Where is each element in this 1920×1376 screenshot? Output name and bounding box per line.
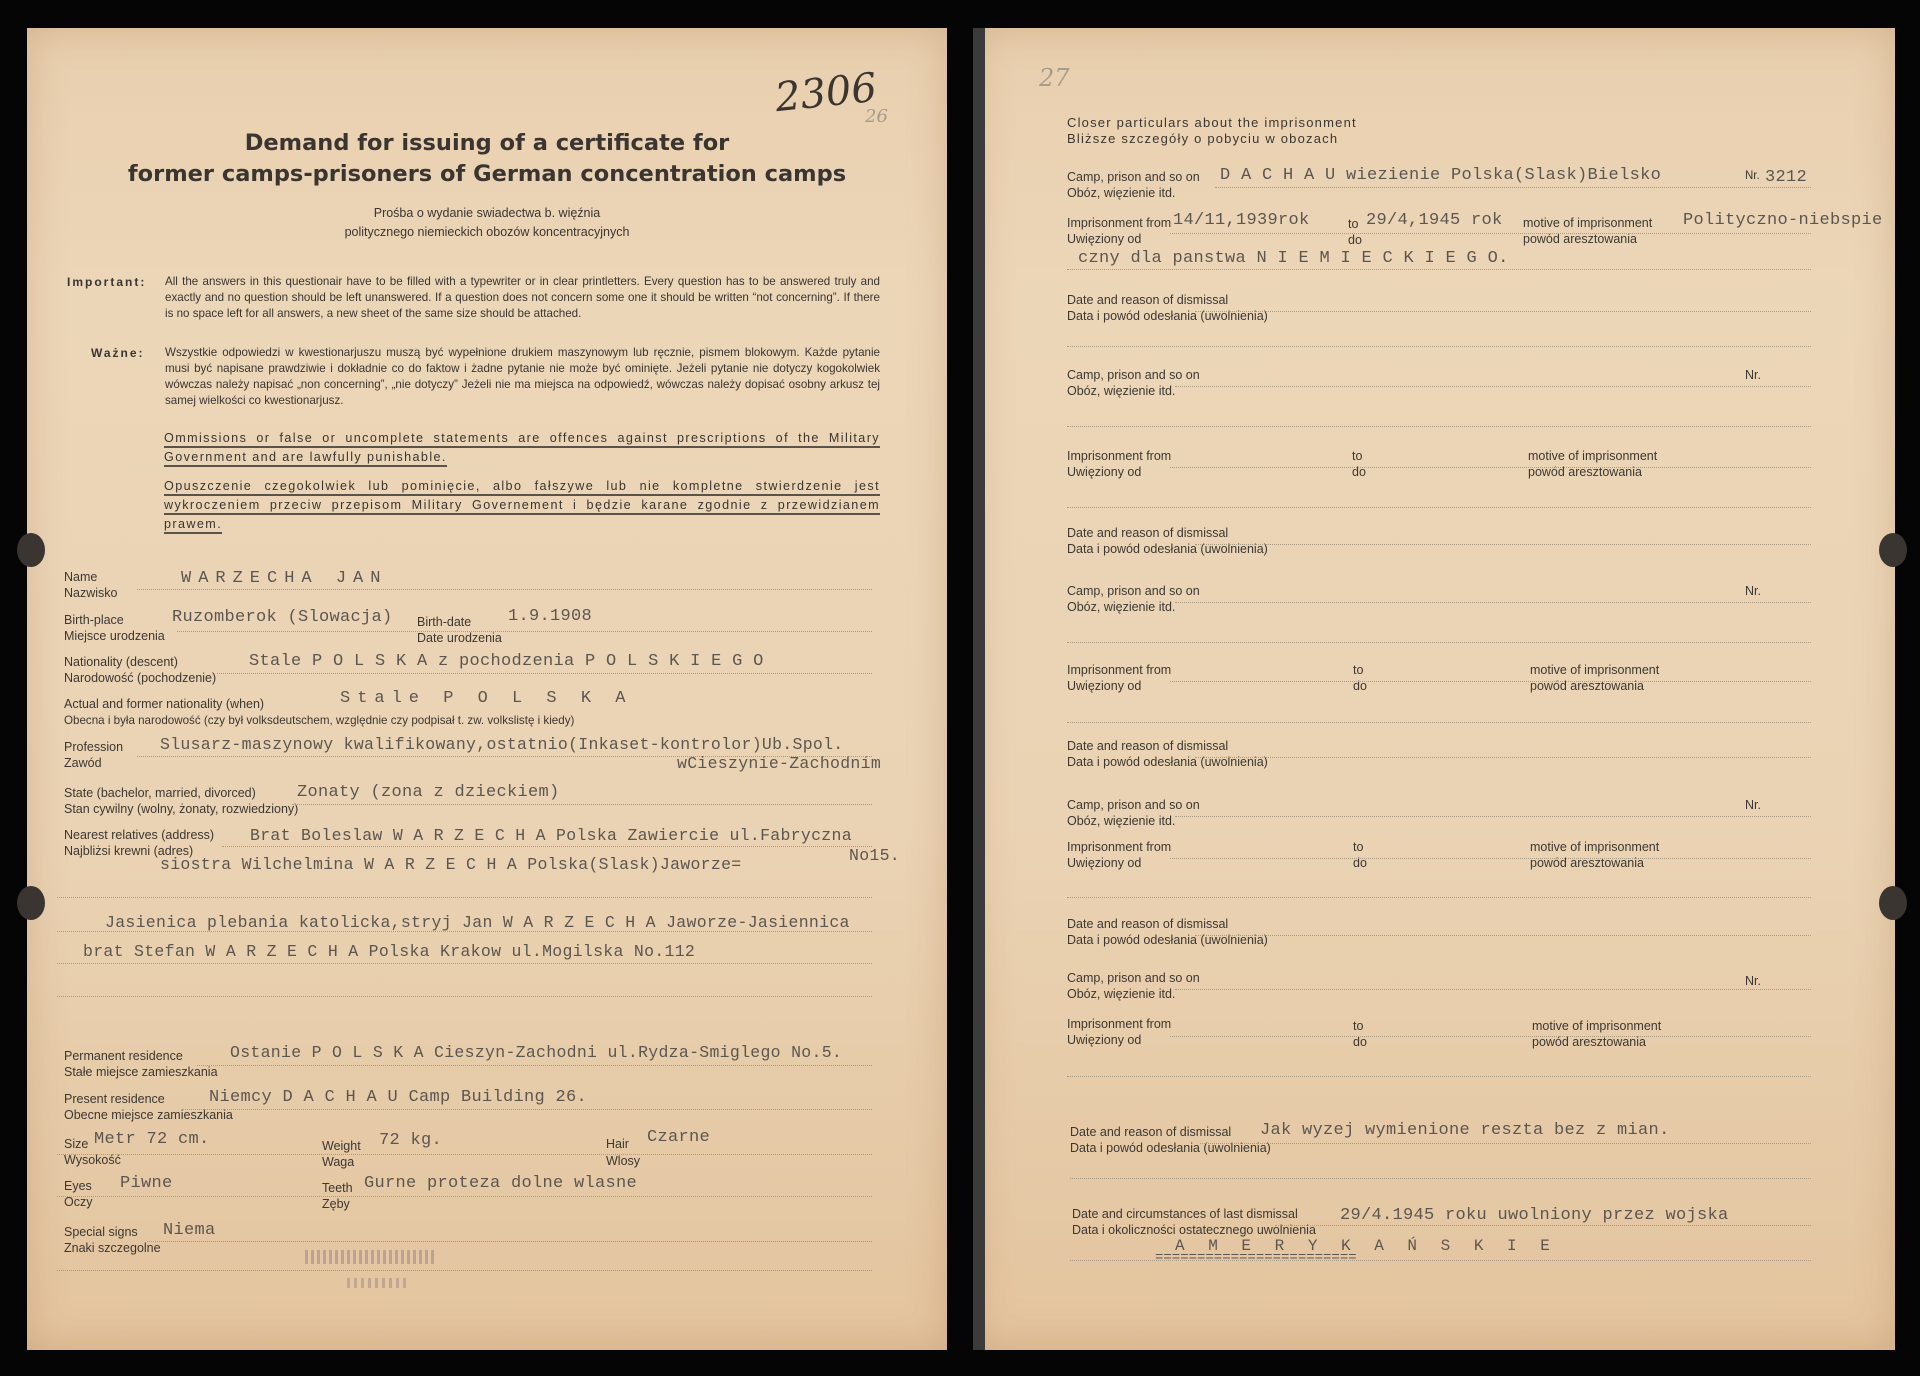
divider [1195,935,1811,936]
form-title-line2: former camps-prisoners of German concent… [27,161,947,187]
motive-label: motive of imprisonment [1532,1019,1661,1034]
camp-label: Camp, prison and so on [1067,798,1200,813]
camp-nr-label: Nr. [1745,368,1761,383]
camp-label-pl: Obóz, więzienie itd. [1067,600,1175,615]
divider [1175,816,1811,817]
important-label: Important: [67,275,146,289]
profession-label: Profession [64,740,123,755]
divider [1175,989,1811,990]
weight-label: Weight [322,1139,361,1154]
important-text: All the answers in this questionair have… [165,274,880,322]
divider [1170,233,1811,234]
section-heading-pl: Bliższe szczegóły o pobyciu w obozach [1067,131,1338,146]
nationality-value[interactable]: Stale P O L S K A z pochodzenia P O L S … [249,652,764,671]
punch-hole [17,886,45,920]
present-residence-value[interactable]: Niemcy D A C H A U Camp Building 26. [209,1088,587,1107]
size-label: Size [64,1137,88,1152]
divider [1195,311,1811,312]
camp-label: Camp, prison and so on [1067,170,1200,185]
name-label-pl: Nazwisko [64,586,118,601]
teeth-label: Teeth [322,1181,353,1196]
divider [57,931,872,932]
divider [57,897,872,898]
last-dismissal-value[interactable]: 29/4.1945 roku uwolniony przez wojska [1340,1206,1729,1225]
relatives-line2[interactable]: siostra Wilchelmina W A R Z E C H A Pols… [160,855,742,874]
eyes-label: Eyes [64,1179,92,1194]
handwritten-small-number: 26 [865,106,888,127]
divider [137,589,872,590]
present-residence-label-pl: Obecne miejsce zamieszkania [64,1108,233,1123]
form-subtitle-line2: politycznego niemieckich obozów koncentr… [27,225,947,239]
name-value[interactable]: WARZECHA JAN [181,569,387,588]
divider [217,673,872,674]
birth-place-label-pl: Miejsce urodzenia [64,629,165,644]
divider [1195,544,1811,545]
eyes-value[interactable]: Piwne [120,1174,173,1193]
birth-date-label: Birth-date [417,615,471,630]
divider [1070,1260,1811,1261]
birth-place-label: Birth-place [64,613,124,628]
warning-english: Ommissions or false or uncomplete statem… [164,429,880,467]
divider [57,1154,872,1155]
profession-value[interactable]: Slusarz-maszynowy kwalifikowany,ostatnio… [160,735,844,754]
dismissal-label: Date and reason of dismissal [1067,739,1228,754]
imprisonment-from-label: Imprisonment from [1067,216,1171,231]
civil-state-value[interactable]: Zonaty (zona z dzieckiem) [297,783,560,802]
divider [147,1241,872,1242]
imprisonment-from-label: Imprisonment from [1067,449,1171,464]
divider [222,846,872,847]
imprisonment-from-label-pl: Uwięziony od [1067,679,1141,694]
punch-hole [17,533,45,567]
camp-value[interactable]: D A C H A U wiezienie Polska(Slask)Biels… [1220,166,1661,185]
dismissal-label: Date and reason of dismissal [1067,293,1228,308]
divider [197,1065,872,1066]
divider [1067,269,1811,270]
camp-label: Camp, prison and so on [1067,971,1200,986]
birth-date-label-pl: Date urodzenia [417,631,502,646]
motive-label-pl: powód aresztowania [1532,1035,1646,1050]
imprisonment-from-label: Imprisonment from [1067,663,1171,678]
actual-nationality-label: Actual and former nationality (when) [64,697,264,712]
divider [182,1109,872,1110]
relatives-line3[interactable]: Jasienica plebania katolicka,stryj Jan W… [105,913,850,932]
faded-stamp [347,1278,407,1288]
hair-label-pl: Wlosy [606,1154,640,1169]
hair-value[interactable]: Czarne [647,1128,710,1147]
divider [1195,757,1811,758]
wazne-label: Ważne: [91,346,145,360]
motive-label: motive of imprisonment [1530,840,1659,855]
right-page: 27 Closer particulars about the imprison… [975,28,1895,1350]
imprisonment-from-label: Imprisonment from [1067,840,1171,855]
divider [1170,467,1811,468]
divider [137,756,872,757]
divider [177,631,872,632]
left-page: 2306 26 Demand for issuing of a certific… [27,28,947,1350]
actual-nationality-label-pl: Obecna i była narodowość (czy był volksd… [64,713,574,728]
divider [1200,1143,1811,1144]
relatives-line4[interactable]: brat Stefan W A R Z E C H A Polska Krako… [83,942,695,961]
handwritten-page-number: 27 [1039,64,1070,92]
teeth-value[interactable]: Gurne proteza dolne wlasne [364,1174,637,1193]
camp-nr-label: Nr. [1745,974,1761,989]
divider [57,1270,872,1271]
camp-label-pl: Obóz, więzienie itd. [1067,384,1175,399]
divider [1275,1225,1811,1226]
motive-label: motive of imprisonment [1523,216,1652,231]
divider [1170,681,1811,682]
divider [57,996,872,997]
dismissal-label: Date and reason of dismissal [1070,1125,1231,1140]
special-signs-value[interactable]: Niema [163,1221,216,1240]
civil-state-label: State (bachelor, married, divorced) [64,786,256,801]
civil-state-label-pl: Stan cywilny (wolny, żonaty, rozwiedzion… [64,802,298,817]
imprisonment-from-value[interactable]: 14/11,1939rok [1173,211,1310,230]
motive-label: motive of imprisonment [1530,663,1659,678]
motive-label: motive of imprisonment [1528,449,1657,464]
profession-label-pl: Zawód [64,756,102,771]
camp-label: Camp, prison and so on [1067,368,1200,383]
imprisonment-from-label-pl: Uwięziony od [1067,1033,1141,1048]
permanent-residence-label-pl: Stałe miejsce zamieszkania [64,1065,218,1080]
camp-label-pl: Obóz, więzienie itd. [1067,814,1175,829]
punch-hole [1879,886,1907,920]
divider [1067,642,1811,643]
weight-label-pl: Waga [322,1155,354,1170]
page-edge-shadow [973,28,985,1350]
punch-hole [1879,533,1907,567]
birth-place-value[interactable]: Ruzomberok (Slowacja) [172,608,393,627]
camp-nr-value[interactable]: 3212 [1765,168,1807,187]
divider [1067,897,1811,898]
divider [57,1196,872,1197]
relatives-label: Nearest relatives (address) [64,828,214,843]
nationality-label: Nationality (descent) [64,655,178,670]
typed-underline: ======================== [1155,1250,1357,1266]
imprisonment-from-label-pl: Uwięziony od [1067,232,1141,247]
imprisonment-to-label: to [1353,840,1363,855]
divider [1170,1036,1811,1037]
birth-date-value[interactable]: 1.9.1908 [508,607,592,626]
imprisonment-to-label-pl: do [1348,233,1362,248]
eyes-label-pl: Oczy [64,1195,92,1210]
special-signs-label: Special signs [64,1225,138,1240]
nationality-label-pl: Narodowość (pochodzenie) [64,671,216,686]
teeth-label-pl: Zęby [322,1197,350,1212]
form-title-line1: Demand for issuing of a certificate for [27,130,947,156]
divider [292,804,872,805]
faded-stamp [305,1250,435,1264]
camp-label: Camp, prison and so on [1067,584,1200,599]
divider [1067,1076,1811,1077]
divider [1215,187,1811,188]
divider [1175,386,1811,387]
name-label: Name [64,570,97,585]
weight-value[interactable]: 72 kg. [379,1131,442,1150]
size-label-pl: Wysokość [64,1153,121,1168]
dismissal-label: Date and reason of dismissal [1067,526,1228,541]
divider [1067,722,1811,723]
wazne-text: Wszystkie odpowiedzi w kwestionarjuszu m… [165,345,880,409]
imprisonment-to-label: to [1353,663,1363,678]
actual-nationality-value[interactable]: Stale P O L S K A [340,689,632,708]
camp-nr-label: Nr. [1745,584,1761,599]
dismissal-label: Date and reason of dismissal [1067,917,1228,932]
motive-value-cont[interactable]: czny dla panstwa N I E M I E C K I E G O… [1078,249,1509,268]
camp-nr-label: Nr. [1745,169,1760,184]
motive-label-pl: powód aresztowania [1523,232,1637,247]
handwritten-number: 2306 [773,65,879,121]
relatives-line1-cont[interactable]: No15. [849,846,900,865]
permanent-residence-label: Permanent residence [64,1049,183,1064]
final-dismissal-value[interactable]: Jak wyzej wymienione reszta bez z mian. [1260,1121,1670,1140]
relatives-line1[interactable]: Brat Boleslaw W A R Z E C H A Polska Zaw… [250,826,852,845]
camp-nr-label: Nr. [1745,798,1761,813]
imprisonment-from-label: Imprisonment from [1067,1017,1171,1032]
size-value[interactable]: Metr 72 cm. [94,1130,210,1149]
form-subtitle-line1: Prośba o wydanie swiadectwa b. więźnia [27,206,947,220]
last-dismissal-label: Date and circumstances of last dismissal [1072,1207,1298,1222]
special-signs-label-pl: Znaki szczegolne [64,1241,161,1256]
imprisonment-to-label: to [1352,449,1362,464]
divider [1067,346,1811,347]
camp-label-pl: Obóz, więzienie itd. [1067,186,1175,201]
divider [1175,602,1811,603]
divider [1070,1178,1811,1179]
divider [1067,507,1811,508]
camp-label-pl: Obóz, więzienie itd. [1067,987,1175,1002]
imprisonment-from-label-pl: Uwięziony od [1067,465,1141,480]
section-heading: Closer particulars about the imprisonmen… [1067,115,1357,130]
imprisonment-to-label: to [1353,1019,1363,1034]
warning-polish: Opuszczenie czegokolwiek lub pominięcie,… [164,477,880,534]
hair-label: Hair [606,1137,629,1152]
permanent-residence-value[interactable]: Ostanie P O L S K A Cieszyn-Zachodni ul.… [230,1043,842,1062]
divider [1170,858,1811,859]
imprisonment-to-value[interactable]: 29/4,1945 rok [1366,211,1503,230]
imprisonment-to-label: to [1348,217,1358,232]
imprisonment-to-label-pl: do [1353,1035,1367,1050]
present-residence-label: Present residence [64,1092,165,1107]
divider [1067,426,1811,427]
imprisonment-from-label-pl: Uwięziony od [1067,856,1141,871]
divider [57,963,872,964]
motive-value[interactable]: Polityczno-niebspie [1683,211,1883,230]
